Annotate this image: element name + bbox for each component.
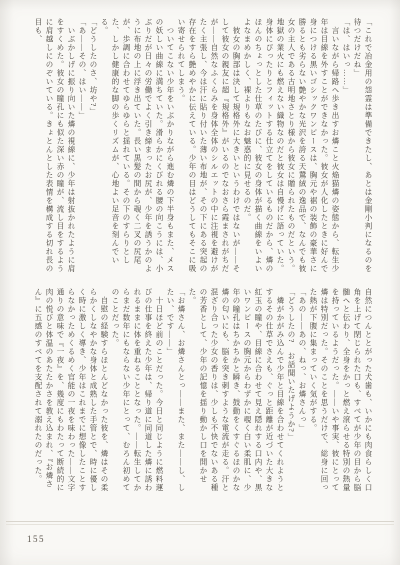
paragraph: 自然につんととがった犬歯も、いかにも肉食らしく口角を上げて閉じられた口も、すべて… — [308, 288, 374, 500]
top-text-block: 「これで冶金用の怨霊は準備できたし、あとは金剛小判になるのを待つだけだね」「は、… — [26, 18, 374, 274]
paragraph: 自慰の経験すらほとんどなかった彼を、燐はその柔らかくしなやかな身体と成熟した手管… — [33, 288, 110, 500]
paragraph: 「どうしたの? お話聞いたげようか?」 — [286, 288, 297, 500]
paragraph: 「は、はいっ……」 — [341, 18, 352, 274]
paragraph: いぶかしげに振り向いた燐の視線に、少年は射抜かれたように肩をすくめた。彼女の瞳孔… — [33, 18, 77, 274]
paragraph: 「これで冶金用の怨霊は準備できたし、あとは金剛小判になるのを待つだけだね」 — [352, 18, 374, 274]
page-number: 155 — [27, 534, 45, 544]
paragraph: ついてこない少年をいぶかりながら進む燐の下半身もまた、メスの妖しい曲線に満ちてい… — [99, 18, 176, 274]
book-page: 「これで冶金用の怨霊は準備できたし、あとは金剛小判になるのを待つだけだね」「は、… — [0, 0, 400, 565]
paragraph: 十日ほど前のことだった。今日と同じように燃料運びの仕事を終えた少年は、帰り道に同… — [110, 288, 165, 500]
paragraph: 彼女の胸部は決して規格外に大きいというわけではないが——そして彼女の親友に超『規… — [176, 18, 242, 274]
bottom-text-block: 自然につんととがった犬歯も、いかにも肉食らしく口角を上げて閉じられた口も、すべて… — [26, 288, 374, 500]
paragraph: 言いながら帰路へ歩き出すお燐こと火焔猫燐の姿態から、転生少年は目線を外すことがで… — [242, 18, 341, 274]
paragraph: 「お燐さん、お燐さんとっ——また、また——し、したい、です——」 — [165, 288, 187, 500]
paragraph: 「どうしたのさ、坊や?」 — [88, 18, 99, 274]
paragraph: 「あの——あの、ねっ、お燐さんっ」 — [297, 288, 308, 500]
paragraph: 燐がかがみ込んで少年と目線を合わせてくれようとするその仕草でさえも、ぐっと距離が… — [187, 288, 286, 500]
footer-rule — [6, 521, 394, 525]
paragraph: 「あ——その、はい——」 — [77, 18, 88, 274]
